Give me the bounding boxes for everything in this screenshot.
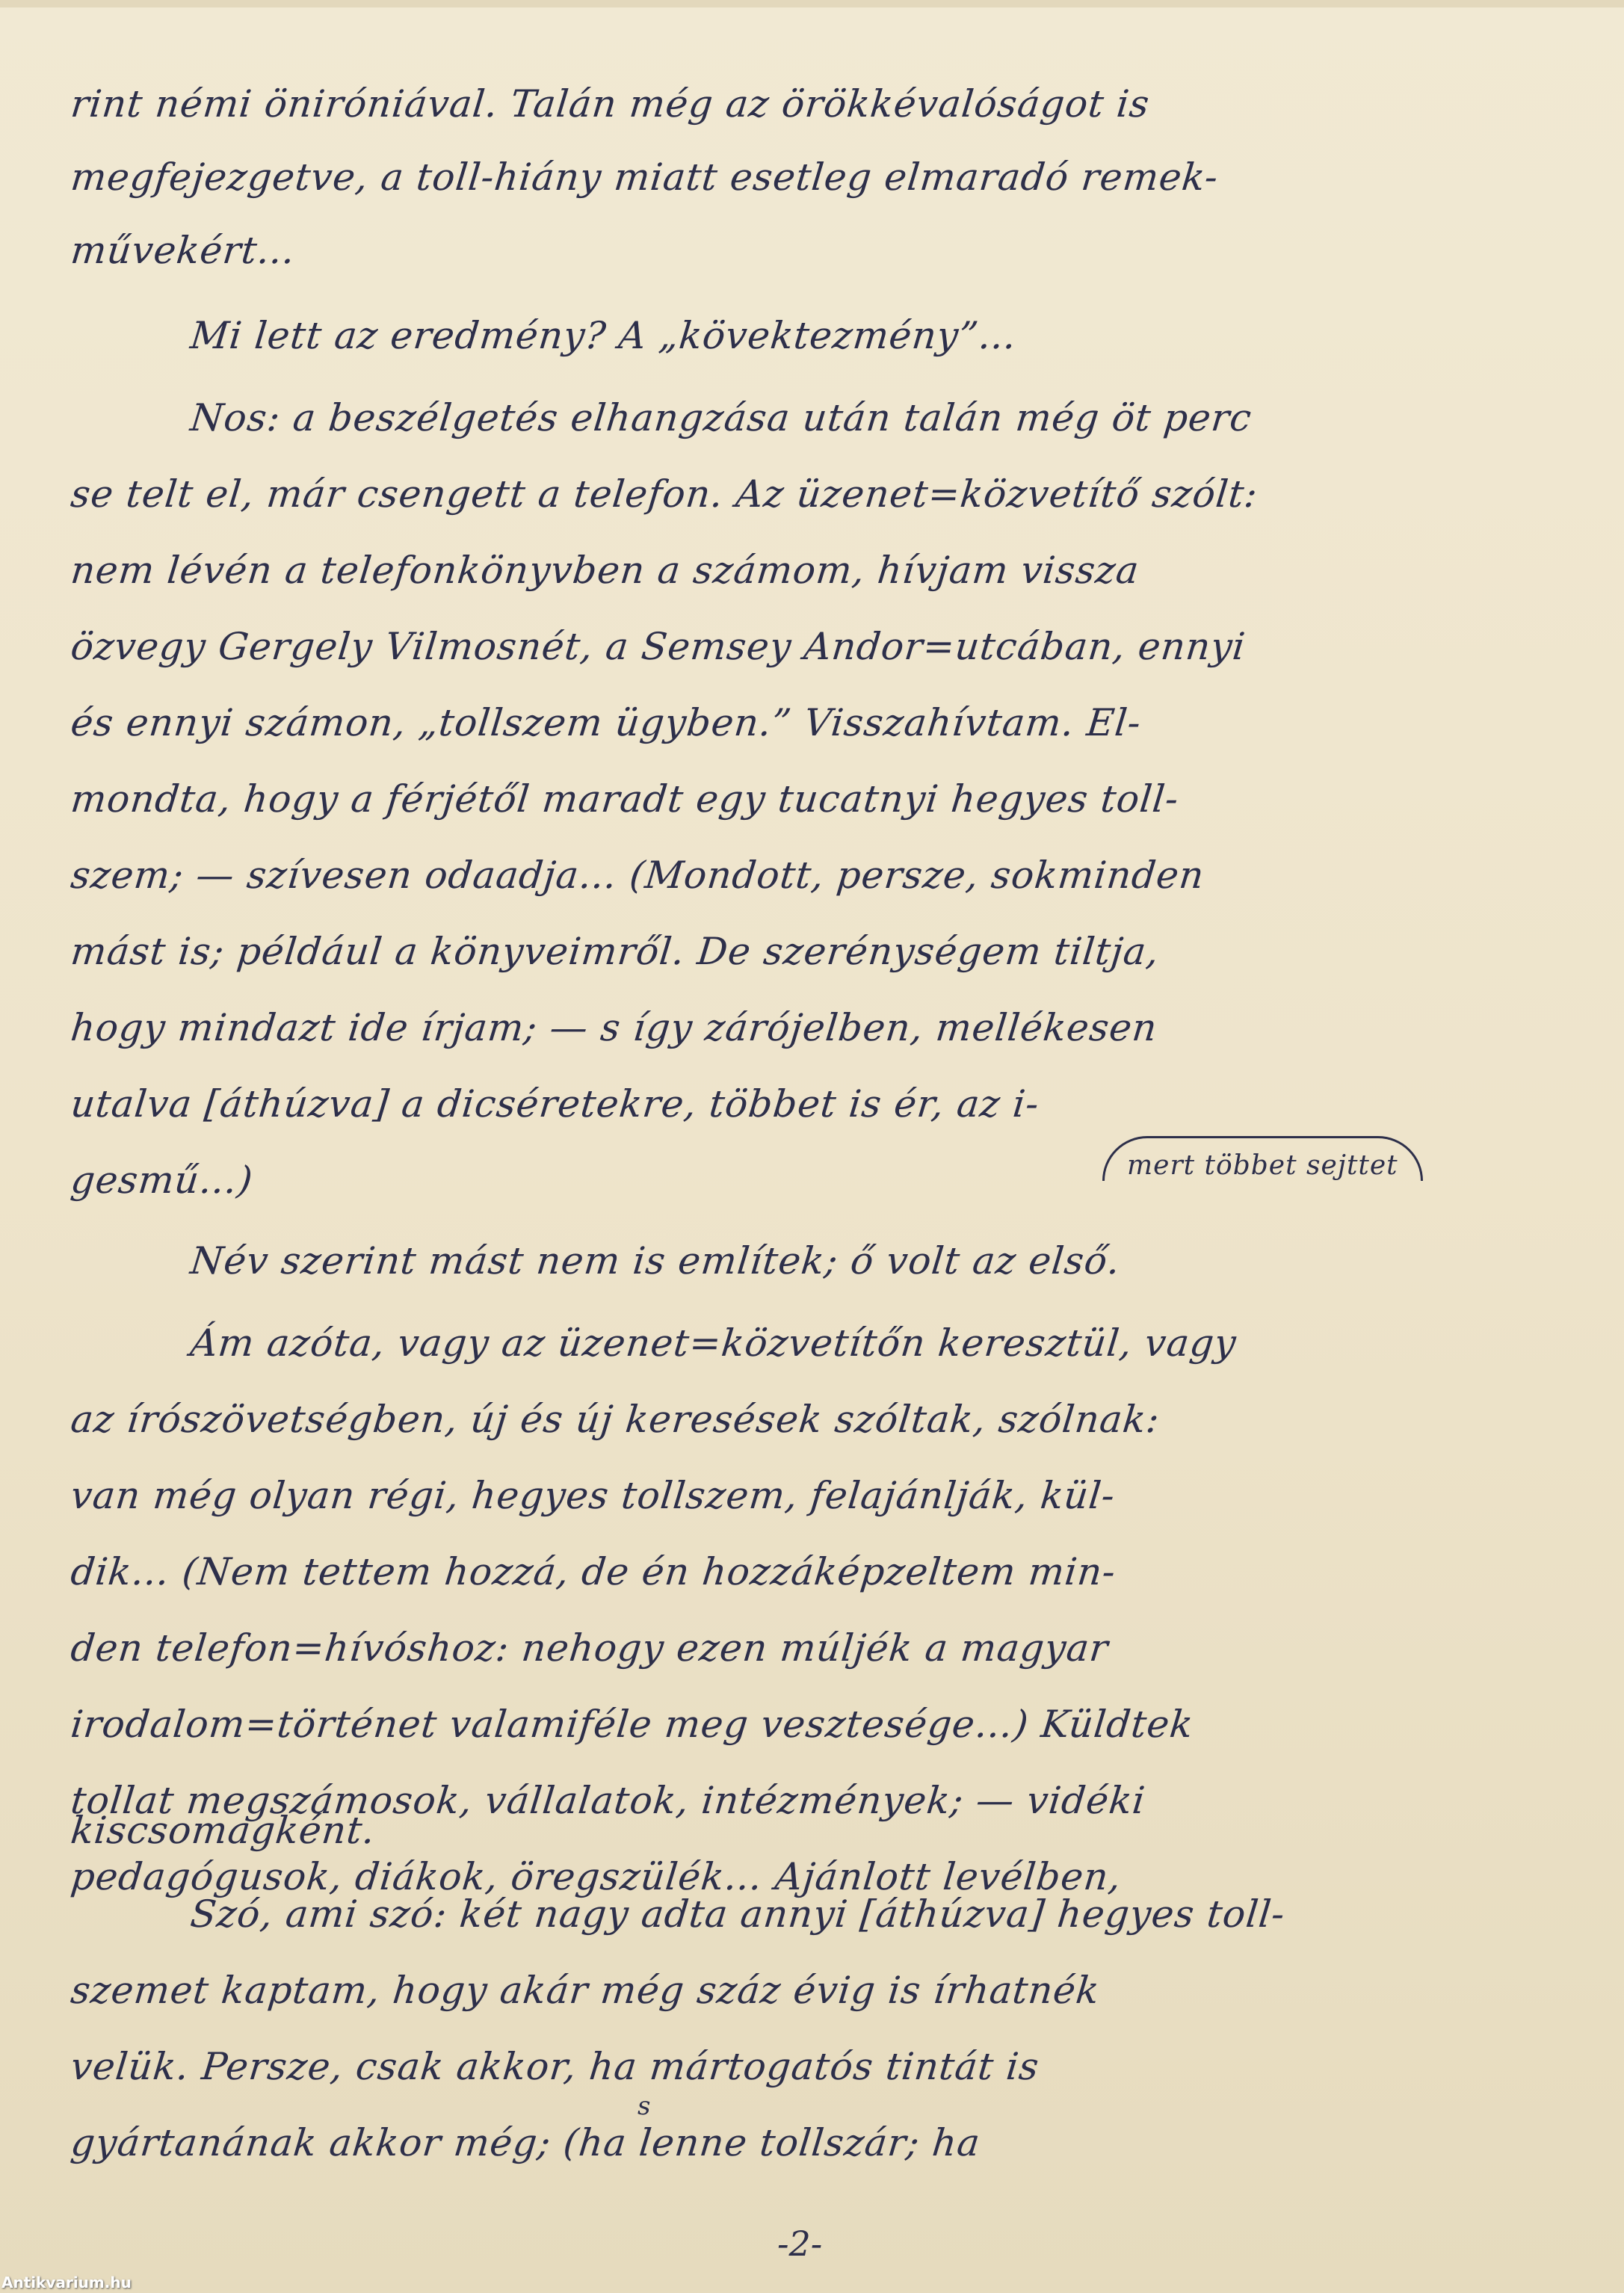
manuscript-page: rint némi öniróniával. Talán még az örök… [0,0,1624,2293]
text-line: velük. Persze, csak akkor, ha mártogatós… [69,2045,1041,2088]
text-line: kiscsomagként. [69,1809,377,1852]
text-line: Szó, ami szó: két nagy adta annyi [áthúz… [188,1892,1287,1936]
text-line: Nos: a beszélgetés elhangzása után talán… [188,396,1254,439]
text-line: rint némi öniróniával. Talán még az örök… [69,82,1152,126]
text-line: nem lévén a telefonkönyvben a számom, hí… [69,549,1141,592]
text-line: se telt el, már csengett a telefon. Az ü… [69,472,1260,516]
text-line: Ám azóta, vagy az üzenet=közvetítőn kere… [188,1321,1238,1365]
text-line: mást is; például a könyveimről. De szeré… [69,930,1161,973]
text-line: mondta, hogy a férjétől maradt egy tucat… [69,777,1181,821]
text-line: irodalom=történet valamiféle meg vesztes… [69,1703,1196,1746]
text-line: Mi lett az eredmény? A „kövektezmény”… [188,314,1019,357]
text-line: Név szerint mást nem is említek; ő volt … [188,1239,1123,1283]
text-line: dik… (Nem tettem hozzá, de én hozzáképze… [69,1550,1118,1593]
text-line: az írószövetségben, új és új keresések s… [69,1398,1162,1441]
text-line: művekért… [69,229,297,272]
text-line: utalva [áthúzva] a dicséretekre, többet … [69,1082,1042,1126]
superscript-insert: s [637,2091,651,2121]
margin-insert-note: mert többet sejttet [1102,1136,1423,1181]
text-line: van még olyan régi, hegyes tollszem, fel… [69,1474,1117,1517]
text-line: den telefon=hívóshoz: nehogy ezen múljék… [69,1626,1111,1670]
text-line: megfejezgetve, a toll-hiány miatt esetle… [69,155,1220,199]
text-line: hogy mindazt ide írjam; — s így zárójelb… [69,1006,1159,1049]
text-line: szem; — szívesen odaadja… (Mondott, pers… [69,854,1206,897]
text-line: gesmű…) [69,1158,255,1202]
text-line: özvegy Gergely Vilmosnét, a Semsey Andor… [69,625,1247,668]
page-number: -2- [777,2223,822,2264]
text-line: gyártanának akkor még; (ha lenne tollszá… [69,2121,983,2164]
watermark: Antikvarium.hu [1,2274,132,2292]
text-line: szemet kaptam, hogy akár még száz évig i… [69,1969,1102,2012]
text-line: és ennyi számon, „tollszem ügyben.” Viss… [69,701,1143,744]
